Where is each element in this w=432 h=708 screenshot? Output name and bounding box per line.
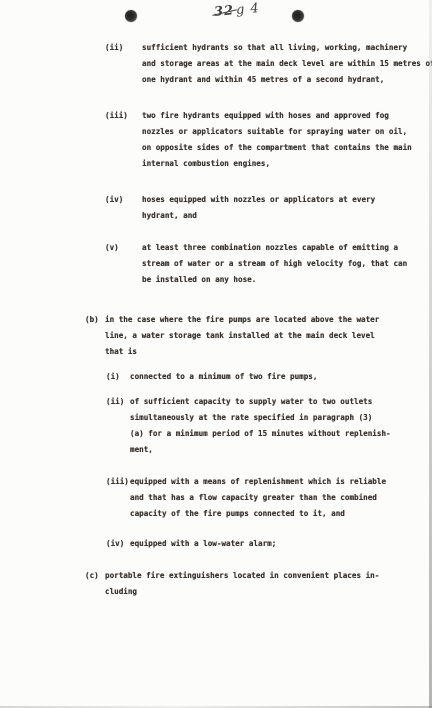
document-body: (ii) sufficient hydrants so that all liv… xyxy=(0,40,432,600)
punch-hole-right xyxy=(292,10,304,22)
clause-a-iv: (iv) hoses equipped with nozzles or appl… xyxy=(105,192,432,224)
clause-label: (ii) xyxy=(105,40,142,56)
clause-b-iii: (iii) equipped with a means of replenish… xyxy=(106,474,432,522)
handwritten-note-text: g 4 xyxy=(235,1,260,18)
clause-a-iii: (iii) two fire hydrants equipped with ho… xyxy=(105,108,432,172)
clause-b-iv: (iv) equipped with a low-water alarm; xyxy=(106,536,432,552)
clause-label: (c) xyxy=(85,568,105,584)
clause-c: (c) portable fire extinguishers located … xyxy=(85,568,432,600)
clause-text: equipped with a low-water alarm; xyxy=(130,536,276,552)
clause-label: (iii) xyxy=(106,474,130,490)
clause-b: (b) in the case where the fire pumps are… xyxy=(85,312,432,360)
clause-label: (iv) xyxy=(106,536,130,552)
clause-text: portable fire extinguishers located in c… xyxy=(105,568,379,600)
handwritten-page-note: 32g 4 xyxy=(213,1,260,20)
clause-text: connected to a minimum of two fire pumps… xyxy=(130,369,317,385)
clause-label: (v) xyxy=(105,240,142,256)
clause-a-v: (v) at least three combination nozzles c… xyxy=(105,240,432,288)
clause-text: sufficient hydrants so that all living, … xyxy=(142,40,432,88)
clause-label: (ii) xyxy=(106,394,130,410)
clause-text: hoses equipped with nozzles or applicato… xyxy=(142,192,375,224)
clause-b-i: (i) connected to a minimum of two fire p… xyxy=(106,369,432,385)
clause-text: in the case where the fire pumps are loc… xyxy=(105,312,379,360)
punch-hole-left xyxy=(125,10,137,22)
clause-a-ii: (ii) sufficient hydrants so that all liv… xyxy=(105,40,432,88)
scanned-document-page: 32g 4 (ii) sufficient hydrants so that a… xyxy=(0,0,432,708)
clause-label: (iii) xyxy=(105,108,142,124)
clause-b-ii: (ii) of sufficient capacity to supply wa… xyxy=(106,394,432,458)
clause-label: (iv) xyxy=(105,192,142,208)
clause-label: (i) xyxy=(106,369,130,385)
clause-text: two fire hydrants equipped with hoses an… xyxy=(142,108,412,172)
clause-label: (b) xyxy=(85,312,105,328)
handwritten-struck-text: 32 xyxy=(213,3,234,20)
clause-text: of sufficient capacity to supply water t… xyxy=(130,394,391,458)
clause-text: equipped with a means of replenishment w… xyxy=(130,474,386,522)
clause-text: at least three combination nozzles capab… xyxy=(142,240,407,288)
